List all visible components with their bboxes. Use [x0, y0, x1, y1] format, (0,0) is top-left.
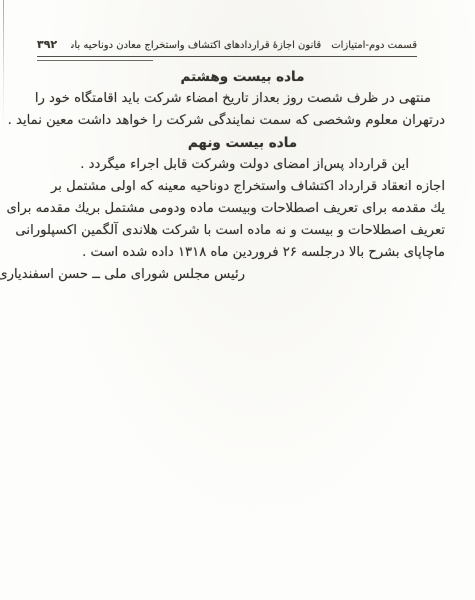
article-29-line-1: این قرارداد پس‌از امضای دولت وشرکت قابل … — [40, 154, 445, 176]
article-28-heading: ماده بیست وهشتم — [40, 66, 445, 88]
header-rule — [37, 56, 417, 57]
article-29-line-2: اجازه انعقاد قرارداد اکتشاف واستخراج دون… — [40, 176, 445, 198]
scan-edge-artifact — [3, 0, 4, 130]
scanned-document-page: قسمت دوم-امتیازات قانون اجازهٔ قراردادها… — [0, 0, 475, 600]
article-29-line-3: یك مقدمه برای تعریف اصطلاحات وبیست ماده … — [40, 198, 445, 220]
article-28-line-2: درتهران معلوم وشخصی که سمت نمایندگی شرکت… — [40, 110, 445, 132]
header-page-number: ۳۹۲ — [37, 38, 57, 51]
article-29-heading: ماده بیست ونهم — [40, 132, 445, 154]
article-29-line-5: ماچاپای بشرح بالا درجلسه ۲۶ فروردین ماه … — [40, 242, 445, 264]
article-28-line-1: منتهی در ظرف شصت روز بعداز تاریخ امضاء ش… — [40, 88, 445, 110]
document-body: ماده بیست وهشتم منتهی در ظرف شصت روز بعد… — [40, 66, 445, 286]
header-document-title: قانون اجازهٔ قراردادهای اکتشاف واستخراج … — [71, 40, 321, 51]
header-rule-secondary — [37, 60, 153, 61]
article-29-line-4: تعریف اصطلاحات و بیست و نه ماده است با ش… — [40, 220, 445, 242]
running-header: قسمت دوم-امتیازات قانون اجازهٔ قراردادها… — [37, 38, 417, 51]
header-section-label: قسمت دوم-امتیازات — [331, 40, 417, 51]
signature-line: رئیس مجلس شورای ملی ــ حسن اسفندیاری — [40, 264, 445, 286]
